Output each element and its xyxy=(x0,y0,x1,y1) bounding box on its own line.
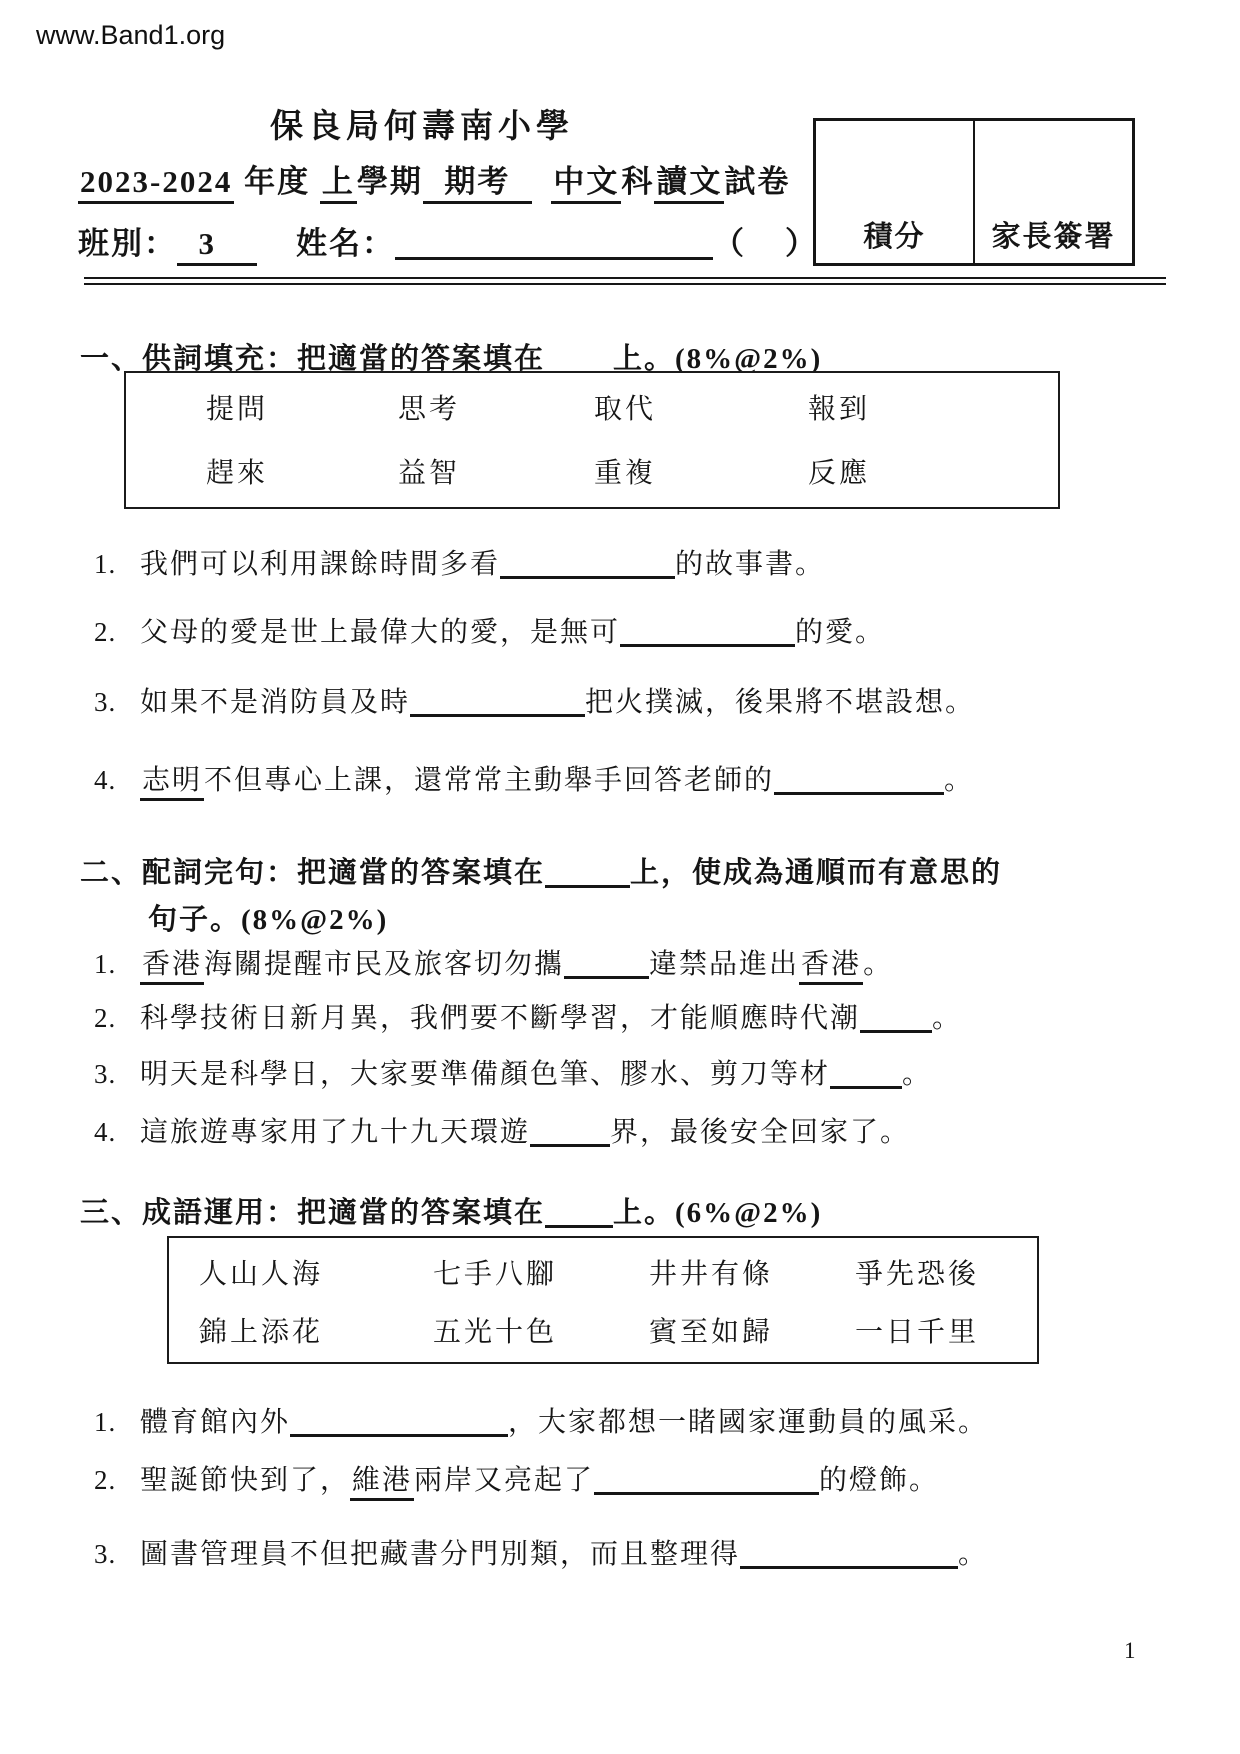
text-run: 圖書管理員不但把藏書分門別類，而且整理得 xyxy=(140,1539,740,1570)
text-run: 科 xyxy=(621,164,654,199)
text-run: 聖誕節快到了， xyxy=(140,1465,350,1496)
word-bank-item: 取代 xyxy=(594,387,808,427)
section-3-question-1: 1.體育館內外，大家都想一睹國家運動員的風采。 xyxy=(94,1400,988,1440)
text-run: 的故事書。 xyxy=(675,549,825,580)
exam-title-line: 2023-2024 年度 上學期 期考 中文科讀文試卷 xyxy=(78,156,790,201)
school-name: 保良局何壽南小學 xyxy=(270,100,574,147)
word-bank-item: 重複 xyxy=(594,451,808,491)
text-run: 把火撲滅，後果將不堪設想。 xyxy=(585,687,975,718)
underlined-text: 讀文 xyxy=(654,164,724,204)
score-box: 積分 家長簽署 xyxy=(813,118,1135,266)
answer-blank xyxy=(545,856,630,888)
question-body: 明天是科學日，大家要準備顏色筆、膠水、剪刀等材。 xyxy=(140,1059,932,1090)
text-run: 。 xyxy=(958,1539,988,1570)
section-2-question-3: 3.明天是科學日，大家要準備顏色筆、膠水、剪刀等材。 xyxy=(94,1052,932,1092)
section-1-question-1: 1.我們可以利用課餘時間多看的故事書。 xyxy=(94,542,825,582)
word-bank-item: 賓至如歸 xyxy=(649,1310,855,1350)
text-run: 。 xyxy=(932,1003,962,1034)
answer-blank xyxy=(545,342,613,374)
text-run: 兩岸又亮起了 xyxy=(414,1465,594,1496)
text-run: 界，最後安全回家了。 xyxy=(610,1117,910,1148)
text-run: 學期 xyxy=(357,164,423,199)
question-number: 3. xyxy=(94,1059,140,1090)
word-bank-item: 井井有條 xyxy=(649,1252,855,1292)
text-run: 年度 xyxy=(234,164,320,199)
word-bank-item: 爭先恐後 xyxy=(855,1252,1037,1292)
question-number: 3. xyxy=(94,687,140,718)
question-body: 香港海關提醒市民及旅客切勿攜違禁品進出香港。 xyxy=(140,949,893,980)
underlined-text: 期考 xyxy=(423,164,532,204)
question-body: 志明不但專心上課，還常常主動舉手回答老師的。 xyxy=(140,765,974,796)
word-bank-item: 趕來 xyxy=(206,451,398,491)
section-2-question-1: 1.香港海關提醒市民及旅客切勿攜違禁品進出香港。 xyxy=(94,942,893,982)
question-body: 如果不是消防員及時把火撲滅，後果將不堪設想。 xyxy=(140,687,975,718)
underlined-text: 上 xyxy=(320,164,357,204)
text-run: 上。(6%@2%) xyxy=(613,1197,822,1229)
answer-blank xyxy=(530,1116,610,1147)
answer-blank xyxy=(594,1464,819,1495)
underlined-text: 維港 xyxy=(350,1465,414,1501)
text-run: 這旅遊專家用了九十九天環遊 xyxy=(140,1117,530,1148)
question-body: 這旅遊專家用了九十九天環遊界，最後安全回家了。 xyxy=(140,1117,910,1148)
text-run: 不但專心上課，還常常主動舉手回答老師的 xyxy=(204,765,774,796)
text-run: 三、成語運用：把適當的答案填在 xyxy=(80,1197,545,1229)
question-body: 我們可以利用課餘時間多看的故事書。 xyxy=(140,549,825,580)
word-bank-item: 錦上添花 xyxy=(199,1310,433,1350)
text-run: 海關提醒市民及旅客切勿攜 xyxy=(204,949,564,980)
text-run: 如果不是消防員及時 xyxy=(140,687,410,718)
section-3-word-bank: 人山人海七手八腳井井有條爭先恐後錦上添花五光十色賓至如歸一日千里 xyxy=(167,1236,1039,1364)
question-body: 體育館內外，大家都想一睹國家運動員的風采。 xyxy=(140,1407,988,1438)
watermark-url: www.Band1.org xyxy=(36,20,225,51)
score-cell: 積分 xyxy=(816,121,975,263)
question-number: 4. xyxy=(94,765,140,796)
text-run: 。 xyxy=(944,765,974,796)
text-run: 。 xyxy=(863,949,893,980)
question-body: 父母的愛是世上最偉大的愛，是無可的愛。 xyxy=(140,617,885,648)
section-1-question-2: 2.父母的愛是世上最偉大的愛，是無可的愛。 xyxy=(94,610,885,650)
word-bank-item: 益智 xyxy=(398,451,594,491)
class-and-name-line: 班別： 3 姓名：（ ） xyxy=(78,218,818,263)
answer-blank xyxy=(620,616,795,647)
text-run: 二、配詞完句：把適當的答案填在 xyxy=(80,857,545,889)
answer-blank xyxy=(740,1538,958,1569)
word-bank-item: 報到 xyxy=(808,387,1058,427)
text-run: 句子。(8%@2%) xyxy=(148,904,388,936)
word-bank-item: 反應 xyxy=(808,451,1058,491)
underlined-text: 中文 xyxy=(551,164,621,204)
question-number: 2. xyxy=(94,1003,140,1034)
question-body: 聖誕節快到了，維港兩岸又亮起了的燈飾。 xyxy=(140,1465,939,1496)
text-run: 體育館內外 xyxy=(140,1407,290,1438)
text-run: 科學技術日新月異，我們要不斷學習，才能順應時代潮 xyxy=(140,1003,860,1034)
question-body: 科學技術日新月異，我們要不斷學習，才能順應時代潮。 xyxy=(140,1003,962,1034)
text-run: （ ） xyxy=(713,226,818,261)
text-run: 班別： xyxy=(78,226,177,261)
section-2-question-4: 4.這旅遊專家用了九十九天環遊界，最後安全回家了。 xyxy=(94,1110,910,1150)
word-bank-item: 七手八腳 xyxy=(433,1252,649,1292)
section-1-question-4: 4.志明不但專心上課，還常常主動舉手回答老師的。 xyxy=(94,758,974,798)
question-number: 1. xyxy=(94,1407,140,1438)
text-run: 的燈飾。 xyxy=(819,1465,939,1496)
answer-blank xyxy=(290,1406,508,1437)
score-label: 積分 xyxy=(863,214,925,255)
text-run: ，大家都想一睹國家運動員的風采。 xyxy=(508,1407,988,1438)
underlined-text: 3 xyxy=(177,226,257,266)
question-number: 2. xyxy=(94,617,140,648)
underlined-text: 2023-2024 xyxy=(78,164,234,204)
question-number: 1. xyxy=(94,949,140,980)
word-bank-item: 五光十色 xyxy=(433,1310,649,1350)
section-3-question-3: 3.圖書管理員不但把藏書分門別類，而且整理得。 xyxy=(94,1532,988,1572)
header-divider xyxy=(84,277,1166,285)
word-bank-item: 提問 xyxy=(206,387,398,427)
parent-signature-cell: 家長簽署 xyxy=(975,121,1132,263)
answer-blank xyxy=(860,1002,932,1033)
page-number: 1 xyxy=(1124,1638,1136,1664)
word-bank-item: 思考 xyxy=(398,387,594,427)
text-run: 姓名： xyxy=(257,226,395,261)
text-run: 的愛。 xyxy=(795,617,885,648)
underlined-text: 香港 xyxy=(799,949,863,985)
question-number: 4. xyxy=(94,1117,140,1148)
question-number: 1. xyxy=(94,549,140,580)
answer-blank xyxy=(500,548,675,579)
section-2-title: 二、配詞完句：把適當的答案填在上，使成為通順而有意思的 xyxy=(80,850,1002,891)
answer-blank xyxy=(774,764,944,795)
word-bank-item: 人山人海 xyxy=(199,1252,433,1292)
parent-signature-label: 家長簽署 xyxy=(991,214,1115,255)
section-3-title: 三、成語運用：把適當的答案填在上。(6%@2%) xyxy=(80,1190,822,1231)
answer-blank xyxy=(545,1196,613,1228)
text-run: 父母的愛是世上最偉大的愛，是無可 xyxy=(140,617,620,648)
section-3-question-2: 2.聖誕節快到了，維港兩岸又亮起了的燈飾。 xyxy=(94,1458,939,1498)
text-run: 我們可以利用課餘時間多看 xyxy=(140,549,500,580)
answer-blank xyxy=(410,686,585,717)
section-1-word-bank: 提問思考取代報到趕來益智重複反應 xyxy=(124,371,1060,509)
section-2-title-line2: 句子。(8%@2%) xyxy=(148,897,388,938)
underlined-text: 志明 xyxy=(140,765,204,801)
text-run: 上，使成為通順而有意思的 xyxy=(630,857,1002,889)
question-number: 2. xyxy=(94,1465,140,1496)
underlined-text: 香港 xyxy=(140,949,204,985)
exam-paper-page: www.Band1.org 保良局何壽南小學 2023-2024 年度 上學期 … xyxy=(0,0,1240,1754)
section-2-question-2: 2.科學技術日新月異，我們要不斷學習，才能順應時代潮。 xyxy=(94,996,962,1036)
text-run xyxy=(532,164,552,199)
word-bank-item: 一日千里 xyxy=(855,1310,1037,1350)
answer-blank xyxy=(395,226,713,260)
text-run: 明天是科學日，大家要準備顏色筆、膠水、剪刀等材 xyxy=(140,1059,830,1090)
text-run: 。 xyxy=(902,1059,932,1090)
answer-blank xyxy=(830,1058,902,1089)
question-number: 3. xyxy=(94,1539,140,1570)
text-run: 違禁品進出 xyxy=(649,949,799,980)
question-body: 圖書管理員不但把藏書分門別類，而且整理得。 xyxy=(140,1539,988,1570)
answer-blank xyxy=(564,948,649,979)
text-run: 試卷 xyxy=(724,164,790,199)
section-1-question-3: 3.如果不是消防員及時把火撲滅，後果將不堪設想。 xyxy=(94,680,975,720)
